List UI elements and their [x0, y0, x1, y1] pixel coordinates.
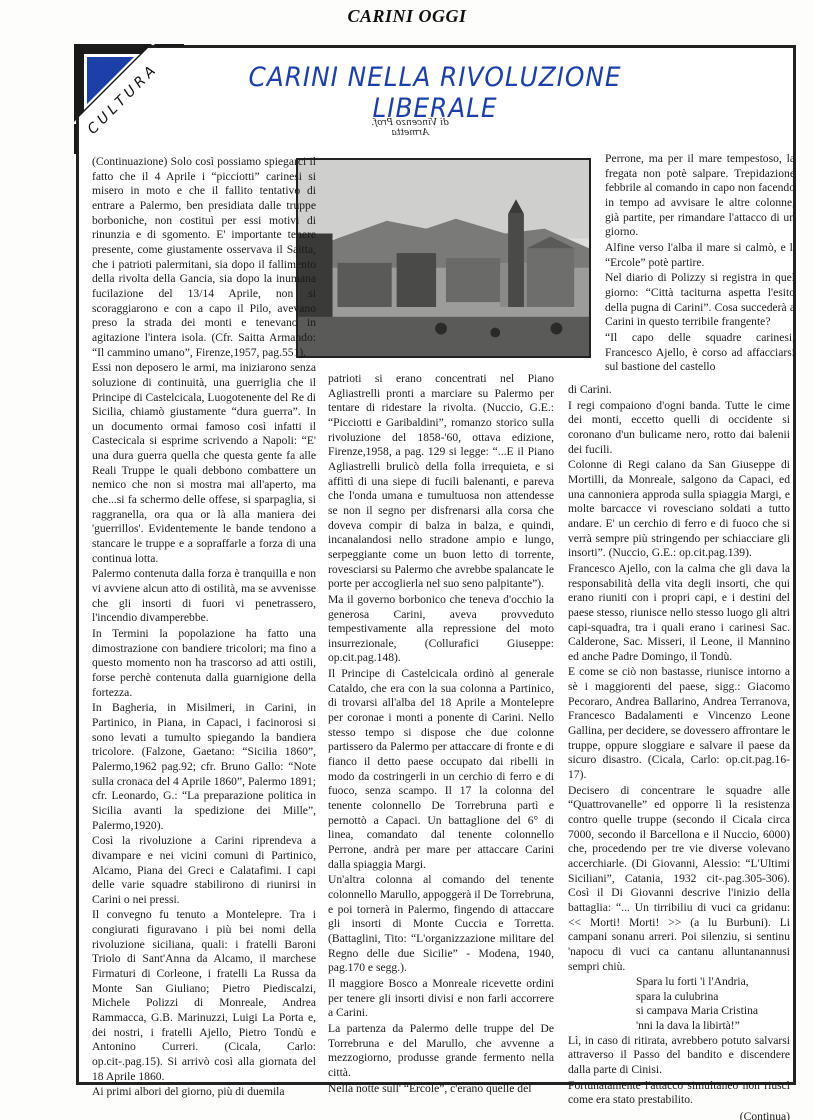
poem-quote: Spara lu forti 'i l'Andria, spara la cul… — [568, 975, 790, 1033]
continued-marker: (Continua) — [568, 1110, 790, 1120]
poem-line: Spara lu forti 'i l'Andria, — [636, 975, 790, 990]
paragraph: Ma il governo borbonico che teneva d'occ… — [328, 593, 554, 666]
paragraph: In Termini la popolazione ha fatto una d… — [92, 627, 316, 700]
paragraph: Francesco Ajello, con la calma che gli d… — [568, 562, 790, 665]
paragraph: Palermo contenuta dalla forza è tranquil… — [92, 567, 316, 626]
article-column-left: (Continuazione) Solo così possiamo spieg… — [92, 155, 316, 1101]
paragraph: (Continuazione) Solo così possiamo spieg… — [92, 155, 316, 360]
paragraph: Perrone, ma per il mare tempestoso, la f… — [605, 152, 795, 240]
paragraph: Nel diario di Polizzy si registra in que… — [605, 271, 795, 330]
paragraph: di Carini. — [568, 383, 790, 398]
poem-line: spara la culubrina — [636, 990, 790, 1005]
paragraph: Il Principe di Castelcicala ordinò al ge… — [328, 667, 554, 872]
paragraph: “Il capo delle squadre carinesi, Frances… — [605, 331, 795, 375]
article-byline: di Vincenzo Prof. Armetta — [360, 118, 460, 138]
article-column-right-top: Perrone, ma per il mare tempestoso, la f… — [605, 152, 795, 376]
paragraph: Nella notte sull' “Ercole”, c'erano quel… — [328, 1082, 554, 1097]
section-badge: CULTURA — [74, 44, 184, 154]
paragraph: patrioti si erano concentrati nel Piano … — [328, 372, 554, 592]
cultura-badge-icon: CULTURA — [74, 44, 184, 154]
paragraph: Alfine verso l'alba il mare si calmò, e … — [605, 241, 795, 270]
paragraph: Lì, in caso di ritirata, avrebbero potut… — [568, 1034, 790, 1078]
poem-line: 'nni la dava la libirtà!” — [636, 1019, 790, 1034]
article-illustration — [296, 158, 591, 358]
paragraph: I regi compaiono d'ogni banda. Tutte le … — [568, 399, 790, 458]
engraving-image-icon — [298, 160, 589, 356]
paragraph: Il maggiore Bosco a Monreale ricevette o… — [328, 977, 554, 1021]
article-title: CARINI NELLA RIVOLUZIONE LIBERALE — [219, 62, 651, 124]
paragraph: E come se ciò non bastasse, riunisce int… — [568, 665, 790, 782]
paragraph: Colonne di Regi calano da San Giuseppe d… — [568, 458, 790, 561]
article-column-right: di Carini. I regi compaiono d'ogni banda… — [568, 383, 790, 1120]
paragraph: Ai primi albori del giorno, più di duemi… — [92, 1085, 316, 1100]
poem-line: si campava Maria Cristina — [636, 1004, 790, 1019]
paragraph: Il convegno fu tenuto a Montelepre. Tra … — [92, 908, 316, 1084]
paragraph: Decisero di concentrare le squadre alle … — [568, 784, 790, 975]
paragraph: Essi non deposero le armi, ma iniziarono… — [92, 361, 316, 566]
paragraph: Un'altra colonna al comando del tenente … — [328, 873, 554, 976]
paragraph: La partenza da Palermo delle truppe del … — [328, 1022, 554, 1081]
masthead: CARINI OGGI — [0, 6, 814, 27]
paragraph: In Bagheria, in Misilmeri, in Carini, in… — [92, 701, 316, 833]
article-column-middle: patrioti si erano concentrati nel Piano … — [328, 372, 554, 1097]
paragraph: Fortunatamente l'attacco simultaneo non … — [568, 1079, 790, 1108]
paragraph: Così la rivoluzione a Carini riprendeva … — [92, 834, 316, 907]
